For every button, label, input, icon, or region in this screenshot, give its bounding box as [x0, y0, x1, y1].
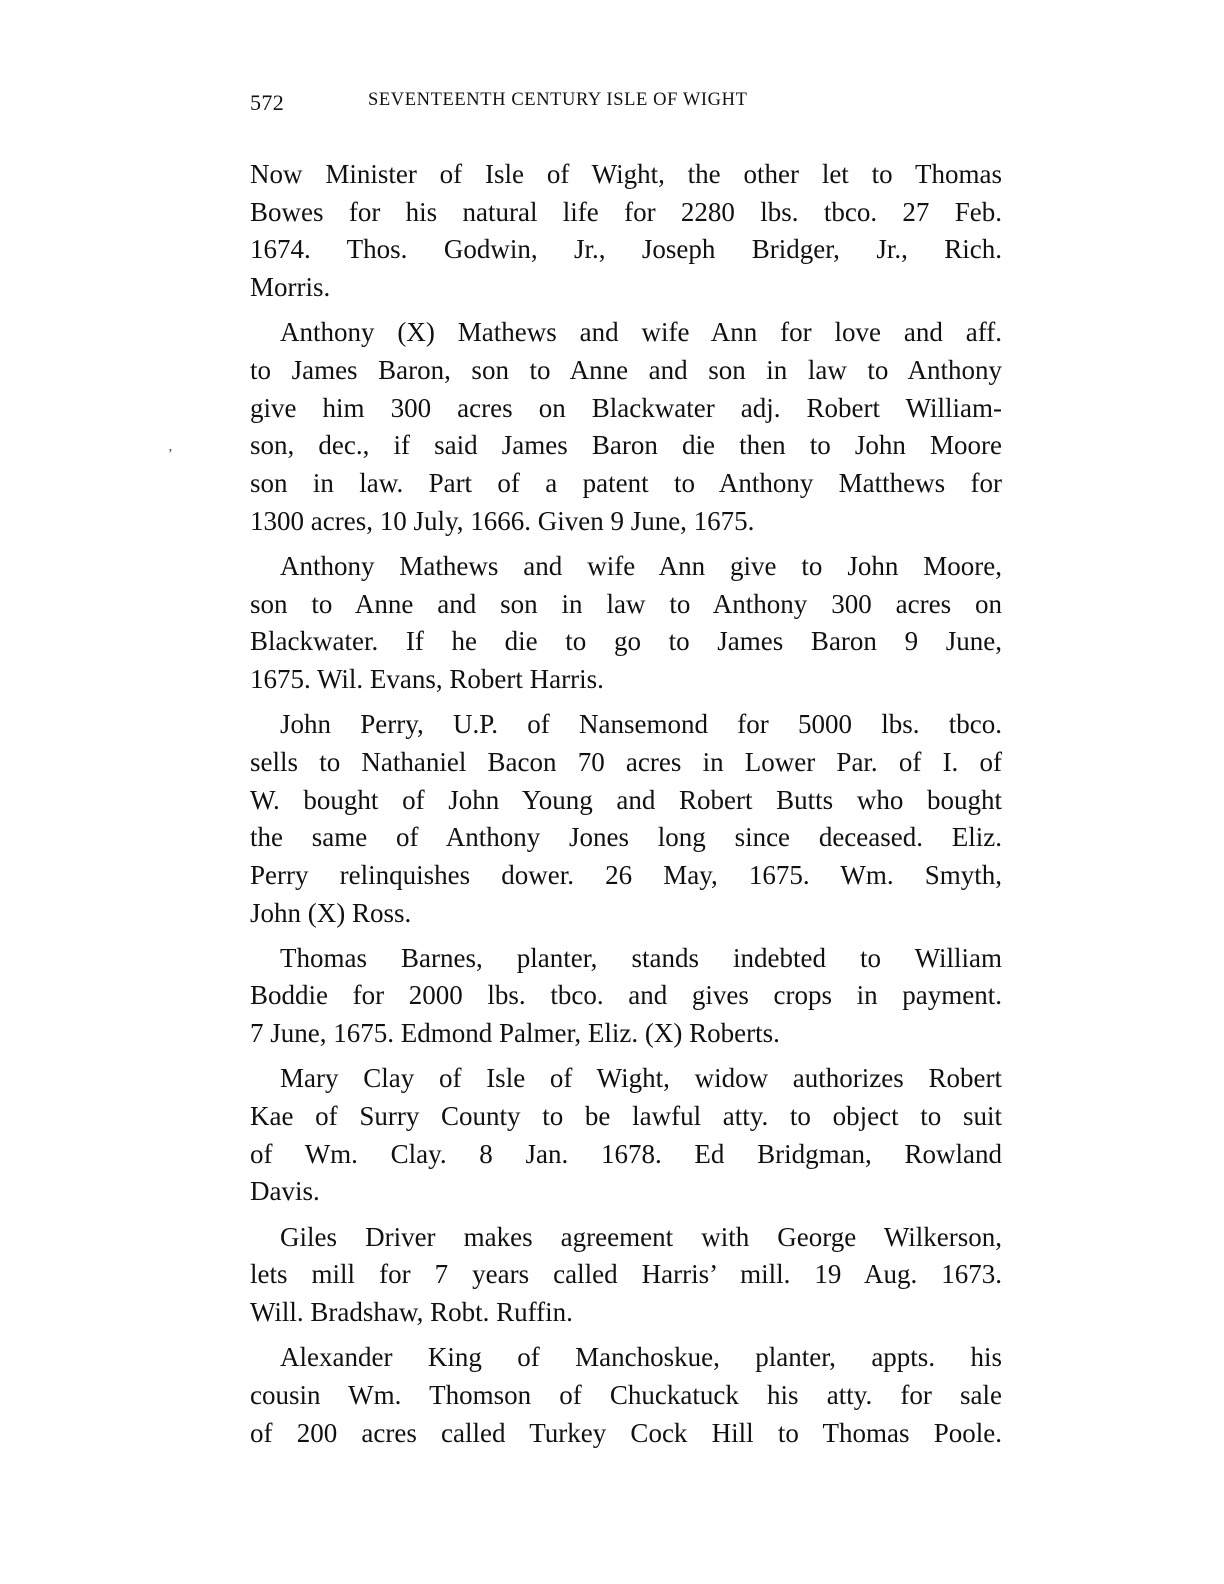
text-line: son to Anne and son in law to Anthony 30… — [250, 586, 1002, 624]
text-line: Perry relinquishes dower. 26 May, 1675. … — [250, 857, 1002, 895]
text-line: of Wm. Clay. 8 Jan. 1678. Ed Bridgman, R… — [250, 1136, 1002, 1174]
text-line: 1675. Wil. Evans, Robert Harris. — [250, 661, 1002, 699]
text-line: W. bought of John Young and Robert Butts… — [250, 782, 1002, 820]
text-line: Thomas Barnes, planter, stands indebted … — [250, 940, 1002, 978]
text-line: Anthony (X) Mathews and wife Ann for lov… — [250, 314, 1002, 352]
text-line: the same of Anthony Jones long since dec… — [250, 819, 1002, 857]
text-line: Kae of Surry County to be lawful atty. t… — [250, 1098, 1002, 1136]
text-line: Anthony Mathews and wife Ann give to Joh… — [250, 548, 1002, 586]
text-line: Mary Clay of Isle of Wight, widow author… — [250, 1060, 1002, 1098]
paragraph: Now Minister of Isle of Wight, the other… — [250, 156, 1002, 307]
text-line: Now Minister of Isle of Wight, the other… — [250, 156, 1002, 194]
text-line: Davis. — [250, 1173, 1002, 1211]
text-line: John (X) Ross. — [250, 895, 1002, 933]
page-number: 572 — [250, 90, 284, 116]
text-line: of 200 acres called Turkey Cock Hill to … — [250, 1415, 1002, 1453]
text-line: Bowes for his natural life for 2280 lbs.… — [250, 194, 1002, 232]
paragraph: Anthony (X) Mathews and wife Ann for lov… — [250, 314, 1002, 540]
text-line: to James Baron, son to Anne and son in l… — [250, 352, 1002, 390]
text-line: Will. Bradshaw, Robt. Ruffin. — [250, 1294, 1002, 1332]
scan-artifact-mark: ’ — [168, 447, 173, 463]
text-line: cousin Wm. Thomson of Chuckatuck his att… — [250, 1377, 1002, 1415]
paragraph: Giles Driver makes agreement with George… — [250, 1219, 1002, 1332]
text-line: Boddie for 2000 lbs. tbco. and gives cro… — [250, 977, 1002, 1015]
body-text: Now Minister of Isle of Wight, the other… — [250, 156, 1002, 1452]
text-line: Alexander King of Manchoskue, planter, a… — [250, 1339, 1002, 1377]
paragraph: John Perry, U.P. of Nansemond for 5000 l… — [250, 706, 1002, 932]
text-line: John Perry, U.P. of Nansemond for 5000 l… — [250, 706, 1002, 744]
text-line: Blackwater. If he die to go to James Bar… — [250, 623, 1002, 661]
text-line: 7 June, 1675. Edmond Palmer, Eliz. (X) R… — [250, 1015, 1002, 1053]
paragraph: Thomas Barnes, planter, stands indebted … — [250, 940, 1002, 1053]
text-line: 1300 acres, 10 July, 1666. Given 9 June,… — [250, 503, 1002, 541]
text-line: Morris. — [250, 269, 1002, 307]
text-line: son, dec., if said James Baron die then … — [250, 427, 1002, 465]
running-title: SEVENTEENTH CENTURY ISLE OF WIGHT — [368, 90, 748, 111]
text-line: son in law. Part of a patent to Anthony … — [250, 465, 1002, 503]
text-line: 1674. Thos. Godwin, Jr., Joseph Bridger,… — [250, 231, 1002, 269]
paragraph: Alexander King of Manchoskue, planter, a… — [250, 1339, 1002, 1452]
text-line: Giles Driver makes agreement with George… — [250, 1219, 1002, 1257]
text-line: lets mill for 7 years called Harris’ mil… — [250, 1256, 1002, 1294]
running-head: 572 SEVENTEENTH CENTURY ISLE OF WIGHT — [250, 86, 1002, 118]
book-page: 572 SEVENTEENTH CENTURY ISLE OF WIGHT No… — [250, 86, 1002, 1460]
text-line: sells to Nathaniel Bacon 70 acres in Low… — [250, 744, 1002, 782]
paragraph: Mary Clay of Isle of Wight, widow author… — [250, 1060, 1002, 1211]
text-line: give him 300 acres on Blackwater adj. Ro… — [250, 390, 1002, 428]
paragraph: Anthony Mathews and wife Ann give to Joh… — [250, 548, 1002, 699]
